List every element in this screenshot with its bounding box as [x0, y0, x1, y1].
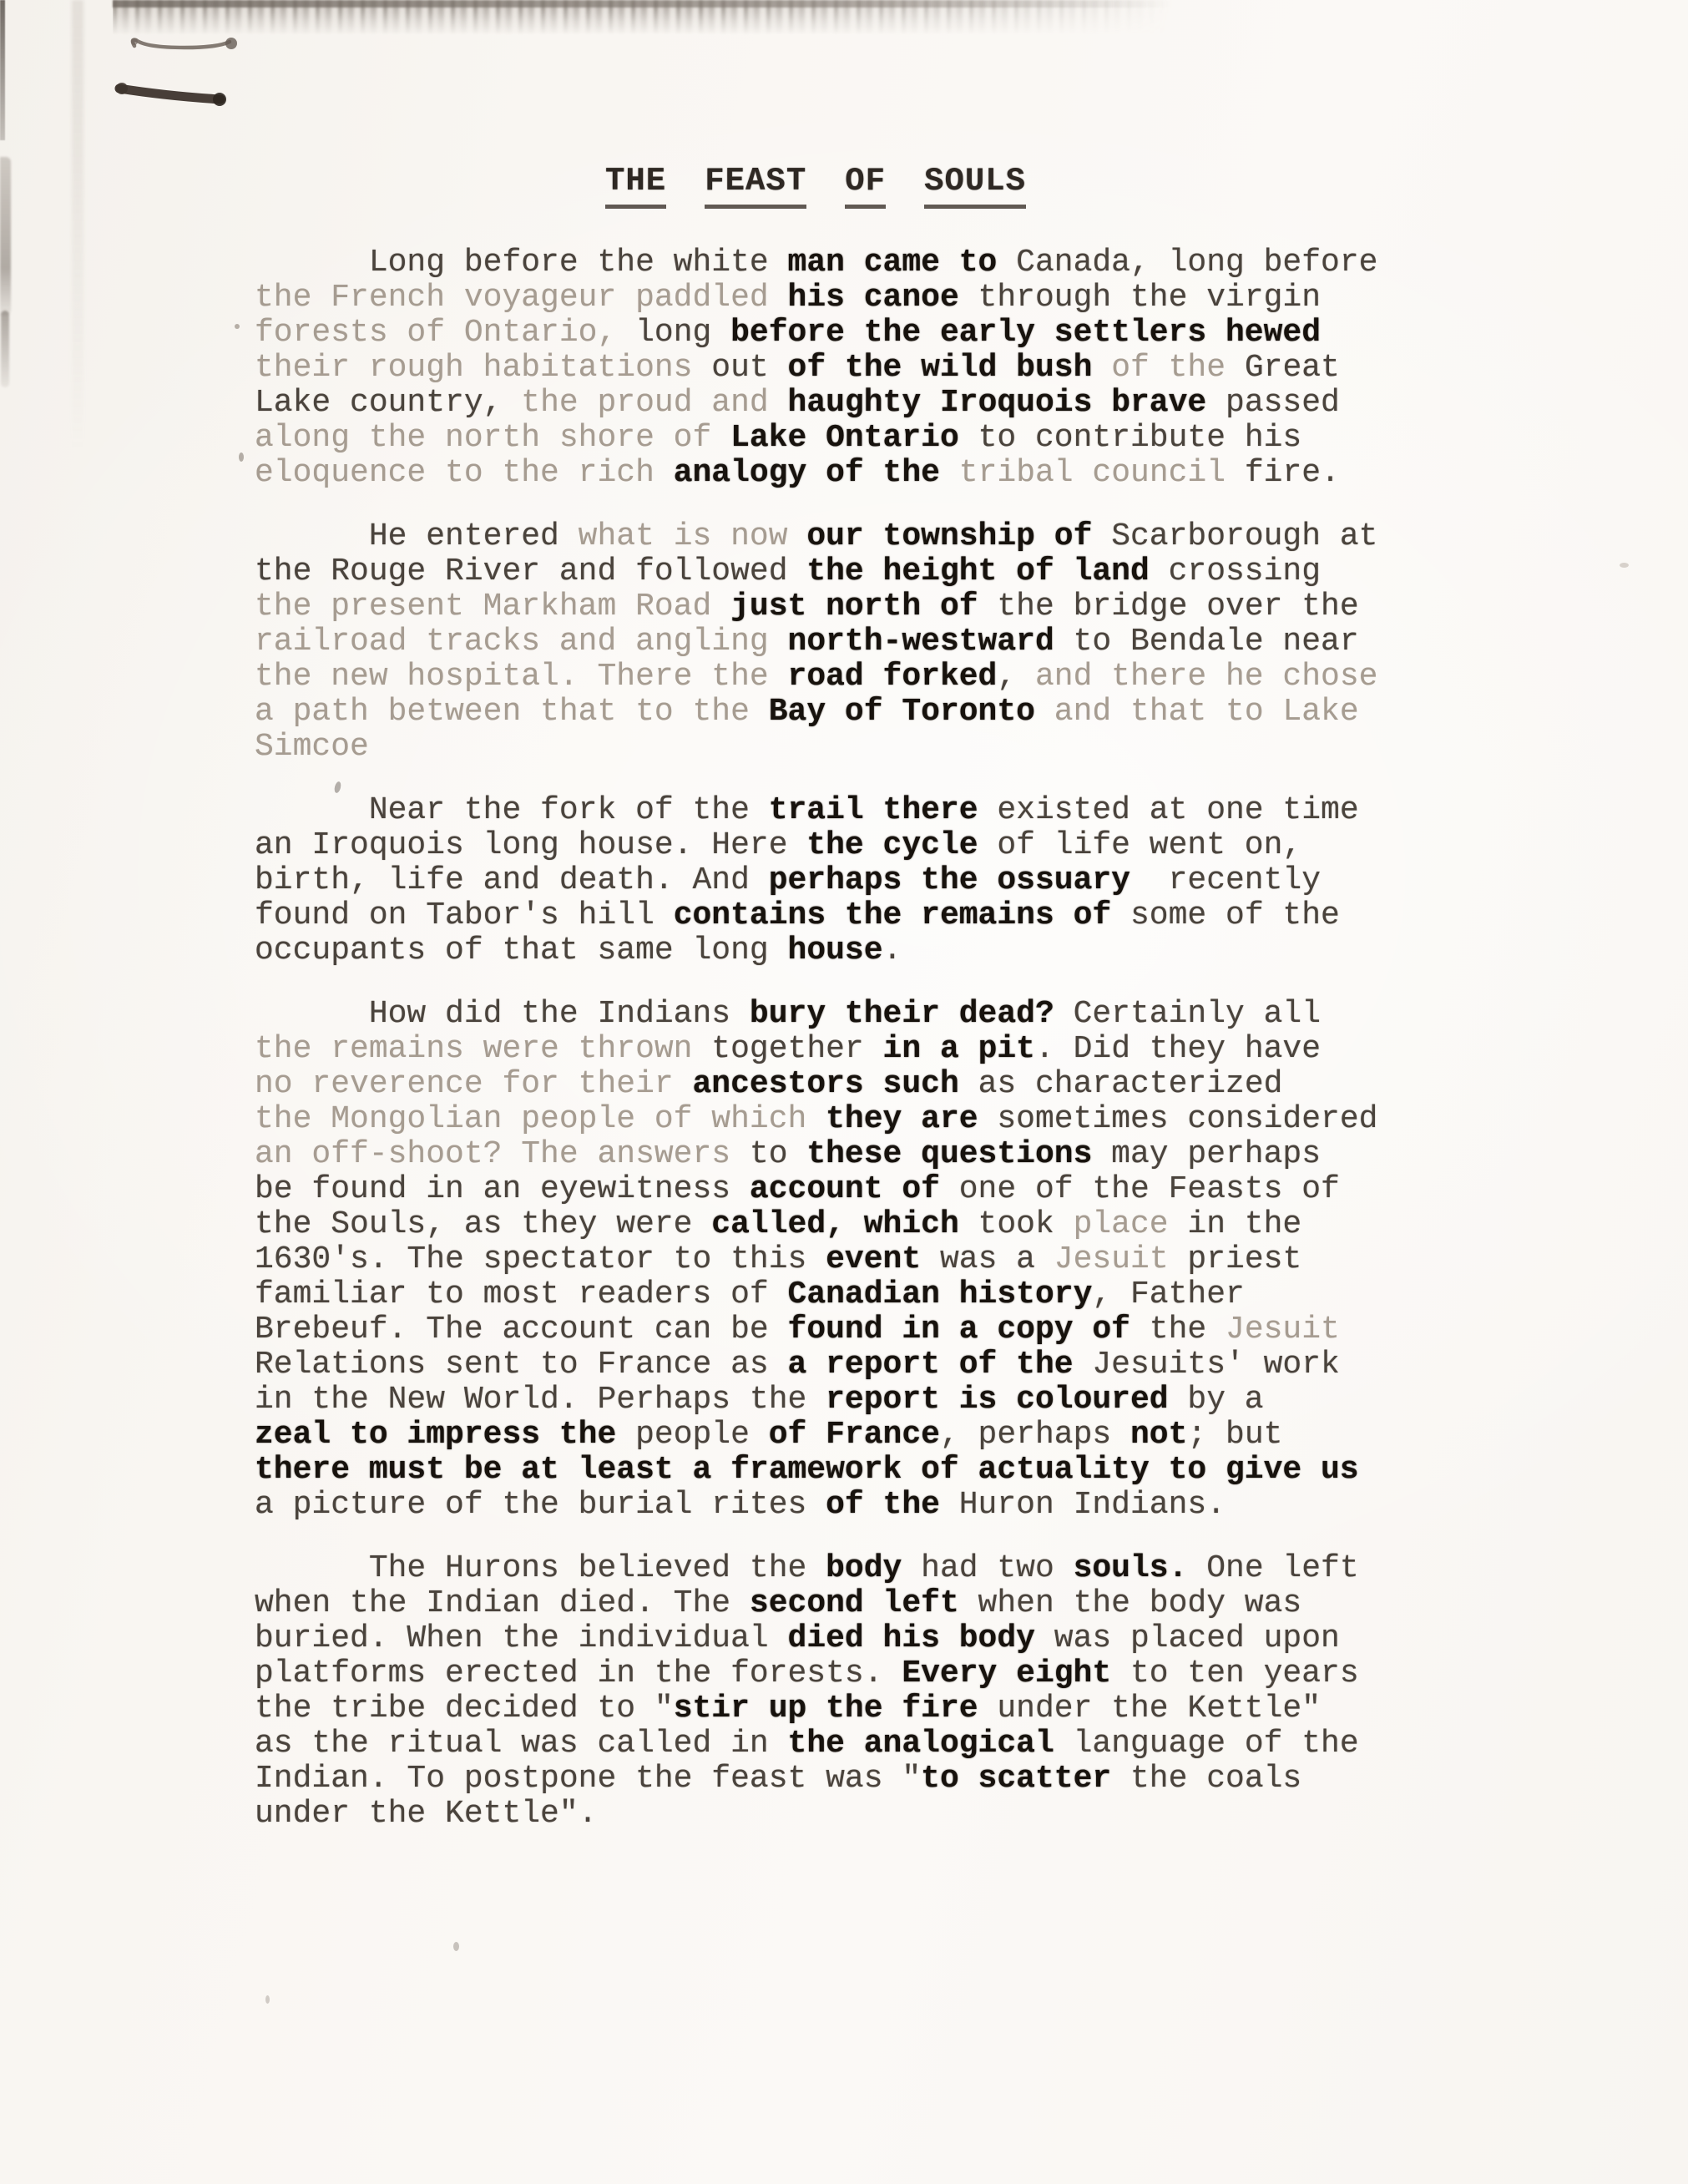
text-line: the present Markham Road just north of t… [255, 589, 1490, 624]
dark-ink-segment: to scatter [921, 1761, 1111, 1797]
scan-streak-left-top [0, 0, 5, 140]
text-line: an off-shoot? The answers to these quest… [255, 1137, 1490, 1172]
dark-ink-segment: body [826, 1550, 902, 1586]
staple-marks [109, 32, 255, 111]
faded-ink-segment: what is now [579, 518, 788, 554]
dark-ink-segment: contains the remains of [674, 897, 1112, 933]
text-line: Indian. To postpone the feast was "to sc… [255, 1762, 1490, 1797]
dark-ink-segment: account of [750, 1171, 940, 1207]
text-line: railroad tracks and angling north-westwa… [255, 624, 1490, 660]
faded-ink-segment: an off-shoot? The answers [255, 1136, 730, 1172]
dark-ink-segment: of France [769, 1417, 940, 1453]
text-line: Lake country, the proud and haughty Iroq… [255, 386, 1490, 421]
dark-ink-segment: analogy of the [674, 455, 940, 491]
dark-ink-segment: haughty Iroquois brave [788, 385, 1207, 421]
text-line: the Souls, as they were called, which to… [255, 1207, 1490, 1242]
faded-ink-segment: place [1074, 1206, 1169, 1242]
text-line: the Mongolian people of which they are s… [255, 1102, 1490, 1137]
paragraph: Long before the white man came to Canada… [255, 245, 1490, 491]
dark-ink-segment: Lake Ontario [730, 420, 959, 456]
dark-ink-segment: of the wild bush [788, 350, 1093, 386]
text-line: the remains were thrown together in a pi… [255, 1032, 1490, 1067]
faded-ink-segment: along the north shore of [255, 420, 711, 456]
faded-ink-segment: a path between that to the [255, 694, 750, 730]
text-line: an Iroquois long house. Here the cycle o… [255, 828, 1490, 863]
scan-streak-left-mid [0, 157, 11, 316]
paper-fold-streak [72, 0, 83, 451]
text-line: under the Kettle". [255, 1797, 1490, 1832]
dark-ink-segment: trail there [769, 792, 978, 828]
text-line: The Hurons believed the body had two sou… [255, 1551, 1490, 1586]
ink-speck [1620, 563, 1629, 568]
document-title: THE FEAST OF SOULS THEFEASTOFSOULS [605, 164, 1490, 209]
text-line: in the New World. Perhaps the report is … [255, 1383, 1490, 1418]
dark-ink-segment: the height of land [806, 554, 1149, 589]
dark-ink-segment: event [826, 1241, 921, 1277]
faded-ink-segment: the new hospital. There the [255, 659, 769, 695]
text-line: Near the fork of the trail there existed… [255, 793, 1490, 828]
dark-ink-segment: report is coloured [826, 1382, 1168, 1418]
dark-ink-segment: there must be at least a framework of ac… [255, 1452, 1359, 1488]
faded-ink-segment: Simcoe [255, 729, 369, 765]
dark-ink-segment: just north of [730, 589, 978, 624]
document-body: Long before the white man came to Canada… [255, 245, 1490, 1832]
text-line: Simcoe [255, 730, 1490, 765]
faded-ink-segment: the Mongolian people of which [255, 1101, 806, 1137]
text-line: How did the Indians bury their dead? Cer… [255, 997, 1490, 1032]
dark-ink-segment: stir up the fire [674, 1691, 978, 1726]
dark-ink-segment: in a pit [883, 1031, 1035, 1067]
text-line: Brebeuf. The account can be found in a c… [255, 1312, 1490, 1347]
dark-ink-segment: a report of the [788, 1347, 1074, 1383]
ink-speck [265, 1995, 270, 2004]
paragraph: The Hurons believed the body had two sou… [255, 1551, 1490, 1832]
scanned-document-page: THE FEAST OF SOULS THEFEASTOFSOULS Long … [0, 0, 1688, 2184]
dark-ink-segment: his canoe [788, 280, 959, 316]
faded-ink-segment: and there he chose [1035, 659, 1377, 695]
dark-ink-segment: not [1130, 1417, 1187, 1453]
dark-ink-segment: died his body [788, 1620, 1035, 1656]
text-line: buried. When the individual died his bod… [255, 1621, 1490, 1656]
text-line: Relations sent to France as a report of … [255, 1347, 1490, 1383]
text-line: birth, life and death. And perhaps the o… [255, 863, 1490, 898]
text-line: as the ritual was called in the analogic… [255, 1726, 1490, 1762]
text-line: 1630's. The spectator to this event was … [255, 1242, 1490, 1277]
title-word: SOULS [924, 164, 1026, 209]
text-line: zeal to impress the people of France, pe… [255, 1418, 1490, 1453]
dark-ink-segment: the cycle [806, 827, 978, 863]
dark-ink-segment: house [788, 933, 883, 968]
dark-ink-segment: zeal to impress the [255, 1417, 616, 1453]
faded-ink-segment: the French voyageur paddled [255, 280, 769, 316]
scan-blot-left [1, 311, 9, 387]
faded-ink-segment: the remains were thrown [255, 1031, 693, 1067]
dark-ink-segment: north-westward [788, 624, 1054, 660]
dark-ink-segment: they are [826, 1101, 978, 1137]
faded-ink-segment: and that to Lake [1054, 694, 1359, 730]
paragraph: Near the fork of the trail there existed… [255, 793, 1490, 968]
dark-ink-segment: Bay of Toronto [769, 694, 1035, 730]
text-line: there must be at least a framework of ac… [255, 1453, 1490, 1488]
ink-speck [235, 324, 240, 329]
text-line: platforms erected in the forests. Every … [255, 1656, 1490, 1691]
faded-ink-segment: Jesuit [1054, 1241, 1169, 1277]
dark-ink-segment: these questions [806, 1136, 1092, 1172]
dark-ink-segment: our township of [806, 518, 1092, 554]
typewritten-text-block: THE FEAST OF SOULS THEFEASTOFSOULS Long … [255, 164, 1490, 1860]
dark-ink-segment: before the early settlers hewed [730, 315, 1321, 351]
text-line: the tribe decided to "stir up the fire u… [255, 1691, 1490, 1726]
dark-ink-segment: the analogical [788, 1726, 1054, 1762]
faded-ink-segment: of the [1111, 350, 1226, 386]
faded-ink-segment: Jesuit [1226, 1312, 1340, 1347]
text-line: the new hospital. There the road forked,… [255, 660, 1490, 695]
title-word: OF [845, 164, 886, 209]
faded-ink-segment: no reverence for their [255, 1066, 674, 1102]
dark-ink-segment: Every eight [902, 1656, 1111, 1691]
ink-speck [239, 452, 244, 462]
dark-ink-segment: perhaps the ossuary [769, 862, 1130, 898]
text-line: when the Indian died. The second left wh… [255, 1586, 1490, 1621]
title-word: THE [605, 164, 666, 209]
faded-ink-segment: railroad tracks and angling [255, 624, 769, 660]
dark-ink-segment: bury their dead? [750, 996, 1054, 1032]
title-word: FEAST [705, 164, 806, 209]
paragraph: He entered what is now our township of S… [255, 519, 1490, 765]
dark-ink-segment: ancestors such [693, 1066, 959, 1102]
paragraph: How did the Indians bury their dead? Cer… [255, 997, 1490, 1523]
dark-ink-segment: found in a copy of [788, 1312, 1130, 1347]
dark-ink-segment: road forked [788, 659, 998, 695]
text-line: familiar to most readers of Canadian his… [255, 1277, 1490, 1312]
text-line: found on Tabor's hill contains the remai… [255, 898, 1490, 933]
text-line: a path between that to the Bay of Toront… [255, 695, 1490, 730]
text-line: eloquence to the rich analogy of the tri… [255, 456, 1490, 491]
text-line: no reverence for their ancestors such as… [255, 1067, 1490, 1102]
text-line: the Rouge River and followed the height … [255, 554, 1490, 589]
dark-ink-segment: Canadian history [788, 1277, 1093, 1312]
dark-ink-segment: called, which [711, 1206, 958, 1242]
text-line: forests of Ontario, long before the earl… [255, 316, 1490, 351]
text-line: Long before the white man came to Canada… [255, 245, 1490, 281]
scan-shadow-top-edge [113, 0, 1173, 8]
dark-ink-segment: souls. [1074, 1550, 1188, 1586]
text-line: the French voyageur paddled his canoe th… [255, 281, 1490, 316]
ink-speck [453, 1942, 459, 1951]
dark-ink-segment: second left [750, 1585, 959, 1621]
text-line: be found in an eyewitness account of one… [255, 1172, 1490, 1207]
text-line: a picture of the burial rites of the Hur… [255, 1488, 1490, 1523]
faded-ink-segment: their rough habitations [255, 350, 693, 386]
text-line: their rough habitations out of the wild … [255, 351, 1490, 386]
faded-ink-segment: eloquence to the rich [255, 455, 654, 491]
dark-ink-segment: man came to [788, 245, 998, 281]
text-line: occupants of that same long house. [255, 933, 1490, 968]
faded-ink-segment: the present Markham Road [255, 589, 711, 624]
faded-ink-segment: the proud and [521, 385, 768, 421]
dark-ink-segment: of the [826, 1487, 940, 1523]
text-line: He entered what is now our township of S… [255, 519, 1490, 554]
faded-ink-segment: forests of Ontario, [255, 315, 616, 351]
faded-ink-segment: tribal council [959, 455, 1226, 491]
text-line: along the north shore of Lake Ontario to… [255, 421, 1490, 456]
